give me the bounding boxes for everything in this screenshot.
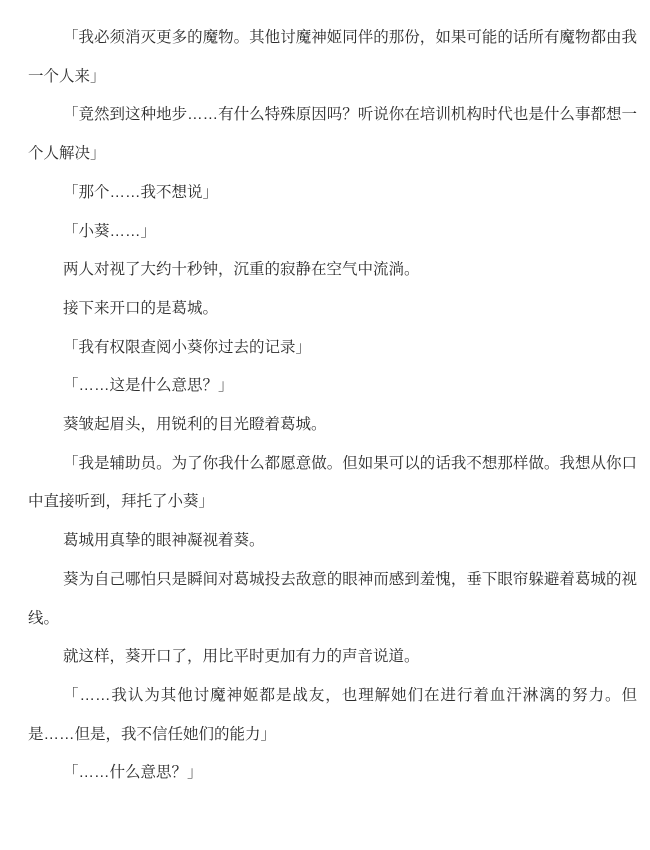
paragraph: 「我是辅助员。为了你我什么都愿意做。但如果可以的话我不想那样做。我想从你口中直接… [28,445,637,522]
paragraph: 两人对视了大约十秒钟，沉重的寂静在空气中流淌。 [28,251,637,290]
paragraph: 「竟然到这种地步……有什么特殊原因吗？听说你在培训机构时代也是什么事都想一个人解… [28,96,637,173]
paragraph: 就这样，葵开口了，用比平时更加有力的声音说道。 [28,638,637,677]
paragraph: 葵为自己哪怕只是瞬间对葛城投去敌意的眼神而感到羞愧，垂下眼帘躲避着葛城的视线。 [28,561,637,638]
paragraph: 「小葵……」 [28,213,637,252]
paragraph: 「……什么意思？」 [28,754,637,793]
novel-text-page: 「我必须消灭更多的魔物。其他讨魔神姬同伴的那份，如果可能的话所有魔物都由我一个人… [0,0,650,850]
paragraph: 接下来开口的是葛城。 [28,290,637,329]
paragraph: 「我必须消灭更多的魔物。其他讨魔神姬同伴的那份，如果可能的话所有魔物都由我一个人… [28,19,637,96]
paragraph: 葵皱起眉头，用锐利的目光瞪着葛城。 [28,406,637,445]
paragraph: 葛城用真挚的眼神凝视着葵。 [28,522,637,561]
paragraph: 「……这是什么意思？」 [28,367,637,406]
paragraph: 「我有权限查阅小葵你过去的记录」 [28,329,637,368]
paragraph: 「……我认为其他讨魔神姬都是战友，也理解她们在进行着血汗淋漓的努力。但是……但是… [28,677,637,754]
paragraph: 「那个……我不想说」 [28,174,637,213]
